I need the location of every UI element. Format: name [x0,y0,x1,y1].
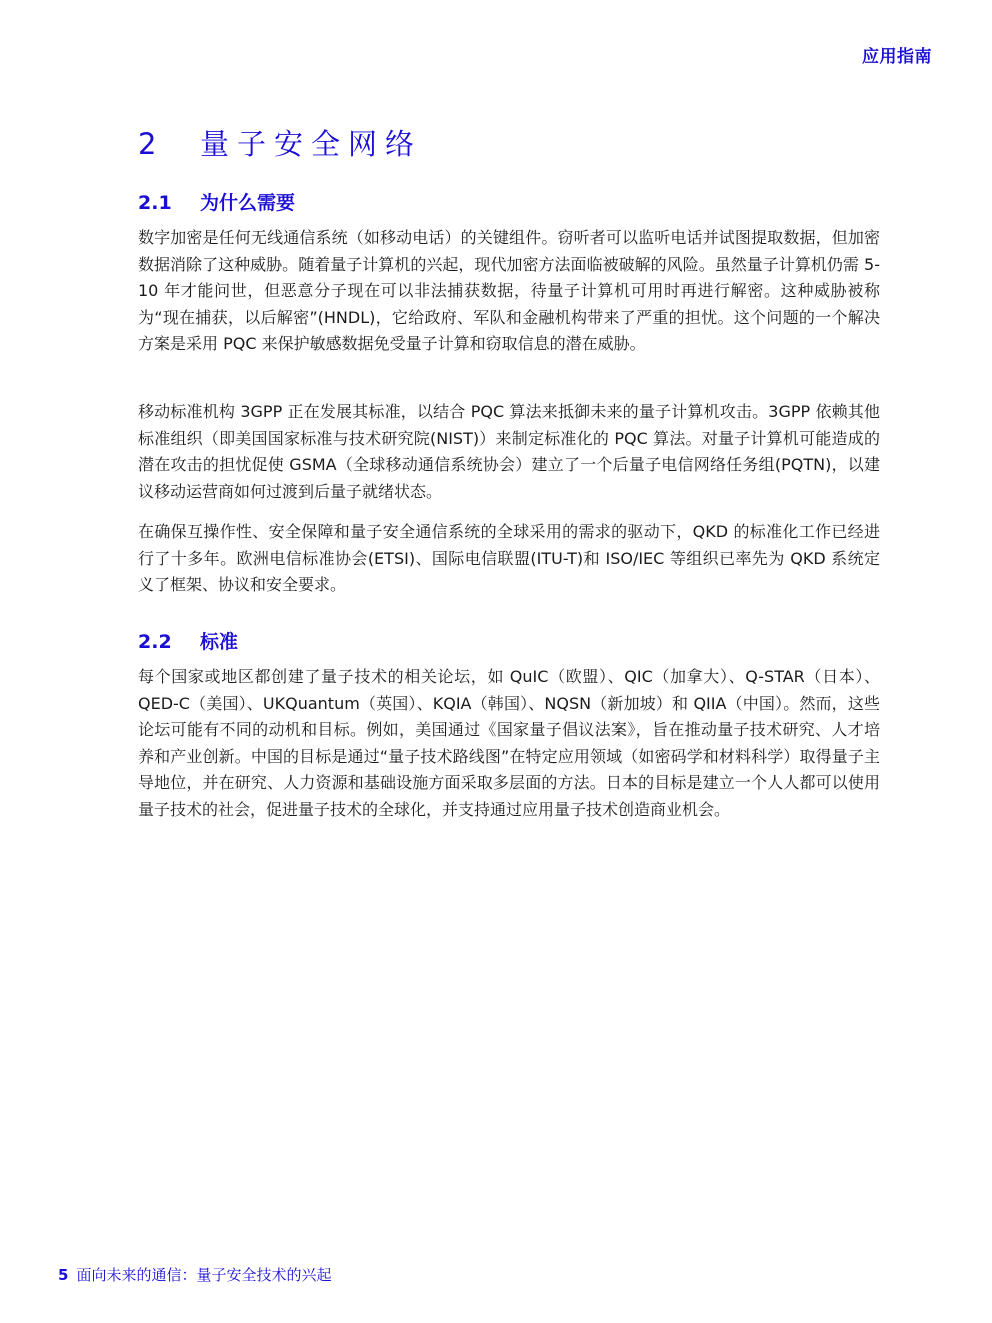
section-heading-2-2: 2.2 标准 [138,627,238,654]
section-number: 2.1 [138,192,200,214]
section-heading-2-1: 2.1 为什么需要 [138,188,295,215]
document-type-label: 应用指南 [862,42,932,67]
chapter-number: 2 [138,127,200,161]
paragraph-standards-1: 每个国家或地区都创建了量子技术的相关论坛，如 QuIC（欧盟）、QIC（加拿大）… [138,664,880,823]
paragraph-why-2: 移动标准机构 3GPP 正在发展其标准，以结合 PQC 算法来抵御未来的量子计算… [138,399,880,505]
paragraph-why-3: 在确保互操作性、安全保障和量子安全通信系统的全球采用的需求的驱动下，QKD 的标… [138,519,880,599]
chapter-title: 量子安全网络 [200,122,422,163]
chapter-heading: 2 量子安全网络 [138,122,422,163]
page-number: 5 [58,1266,68,1284]
section-number: 2.2 [138,631,200,653]
section-title: 标准 [200,627,238,654]
page-footer: 5 面向未来的通信：量子安全技术的兴起 [58,1264,331,1285]
footer-title: 面向未来的通信：量子安全技术的兴起 [76,1264,331,1285]
paragraph-why-1: 数字加密是任何无线通信系统（如移动电话）的关键组件。窃听者可以监听电话并试图提取… [138,225,880,358]
section-title: 为什么需要 [200,188,295,215]
